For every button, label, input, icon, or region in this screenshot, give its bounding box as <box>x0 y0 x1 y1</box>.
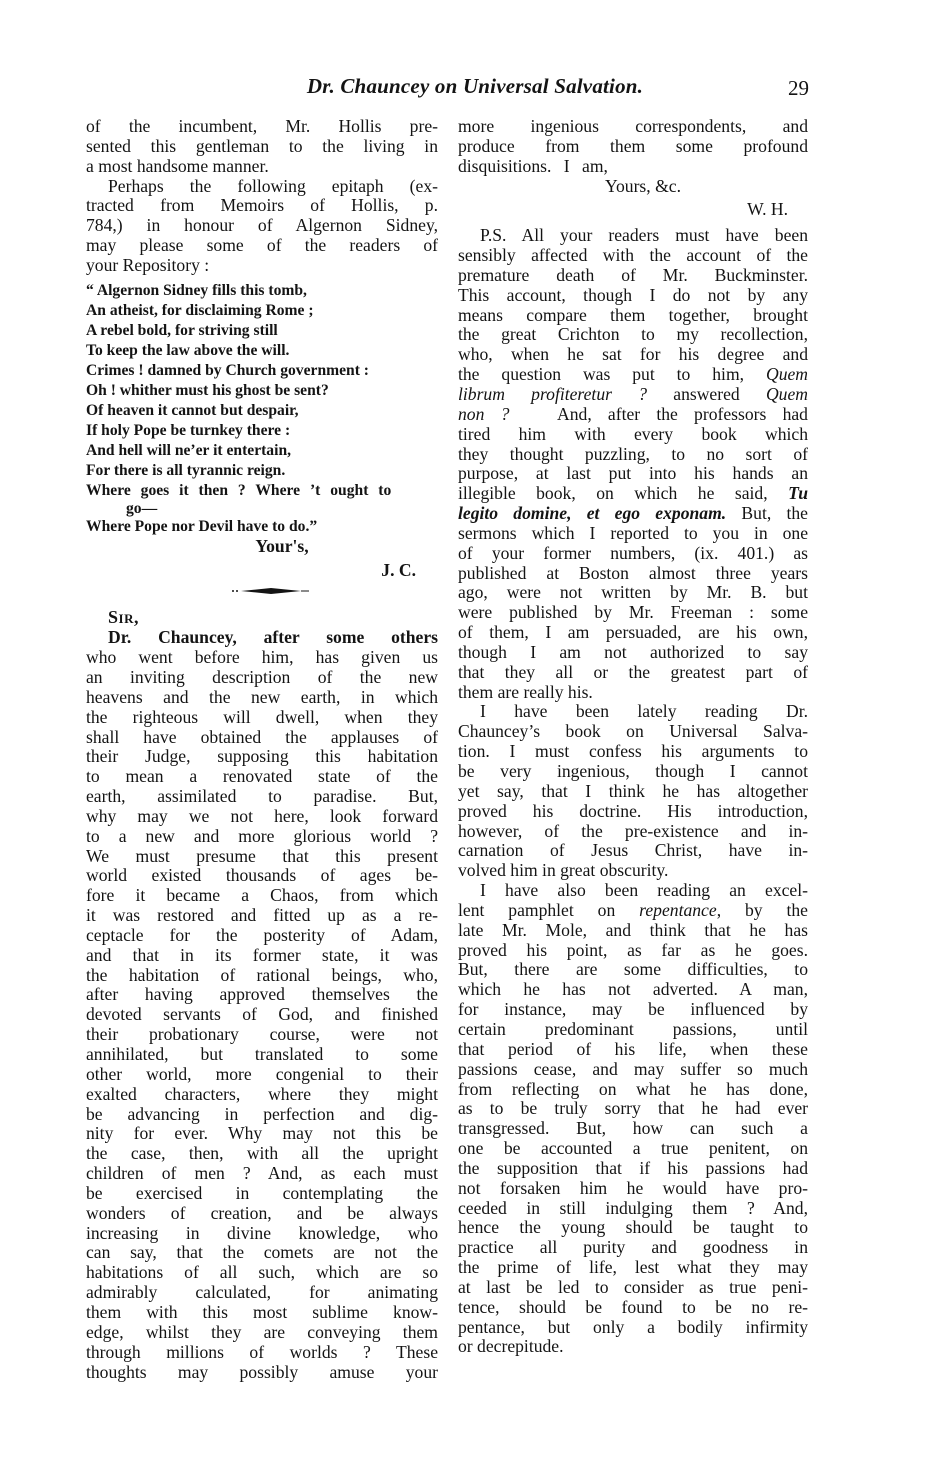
text-line: volved him in great obscurity. <box>458 861 808 881</box>
text-line: their probationary course, were not <box>86 1025 438 1045</box>
text-line: late Mr. Mole, and think that he has <box>458 921 808 941</box>
verse-line: A rebel bold, for striving still <box>86 321 438 341</box>
text-line: who, when he sat for his degree and <box>458 345 808 365</box>
text-line: tion. I must confess his arguments to <box>458 742 808 762</box>
text-line: fore it became a Chaos, from which <box>86 886 438 906</box>
text-line: pentance, but only a bodily infirmity <box>458 1318 808 1338</box>
text-line: world existed thousands of ages be- <box>86 866 438 886</box>
text-line: exalted characters, where they might <box>86 1085 438 1105</box>
closing-yours: Your's, <box>86 537 438 557</box>
text-line: that they all or the greatest part of <box>458 663 808 683</box>
text-line: tracted from Memoirs of Hollis, p. <box>86 196 438 216</box>
text-line: sermons which I reported to you in one <box>458 524 808 544</box>
text-line: means compare them together, brought <box>458 306 808 326</box>
text-line: which he has not adverted. A man, <box>458 980 808 1000</box>
latin-phrase: Quem <box>766 384 808 404</box>
text-line: This account, though I do not by any <box>458 286 808 306</box>
text-line: sented this gentleman to the living in <box>86 137 438 157</box>
text-line: ceptacle for the posterity of Adam, <box>86 926 438 946</box>
verse-line: Where Pope nor Devil have to do.” <box>86 517 438 537</box>
text-line: Dr. Chauncey, after some others <box>86 628 438 648</box>
latin-phrase: Quem <box>766 364 808 384</box>
verse-line: Of heaven it cannot but despair, <box>86 401 438 421</box>
text-line: I have been lately reading Dr. <box>458 702 808 722</box>
text-line: practice all purity and goodness in <box>458 1238 808 1258</box>
text-line: be exercised in contemplating the <box>86 1184 438 1204</box>
text-run: But, the <box>741 503 808 523</box>
text-line: hence the young should be taught to <box>458 1218 808 1238</box>
text-line: though I am not authorized to say <box>458 643 808 663</box>
text-line: your Repository : <box>86 256 438 276</box>
text-line: certain predominant passions, until <box>458 1020 808 1040</box>
text-line: their Judge, supposing this habitation <box>86 747 438 767</box>
text-line: P.S. All your readers must have been <box>458 226 808 246</box>
text-line: wonders of creation, and be always <box>86 1204 438 1224</box>
left-column: of the incumbent, Mr. Hollis pre- sented… <box>86 117 438 1382</box>
text-line: produce from them some profound <box>458 137 808 157</box>
text-run: answered <box>673 384 739 404</box>
text-line: But, there are some difficulties, to <box>458 960 808 980</box>
text-line: an inviting description of the new <box>86 668 438 688</box>
text-line: after having approved themselves the <box>86 985 438 1005</box>
verse-line: An atheist, for disclaiming Rome ; <box>86 301 438 321</box>
text-line: as to be truly sorry that he had ever <box>458 1099 808 1119</box>
verse-line: And hell will ne’er it entertain, <box>86 441 438 461</box>
text-line: who went before him, has given us <box>86 648 438 668</box>
text-line: other world, more congenial to their <box>86 1065 438 1085</box>
text-line: the great Crichton to my recollection, <box>458 325 808 345</box>
text-line: premature death of Mr. Buckminster. <box>458 266 808 286</box>
text-line: of the incumbent, Mr. Hollis pre- <box>86 117 438 137</box>
text-line: nity for ever. Why may not this be <box>86 1124 438 1144</box>
text-line: legito domine, et ego exponam. But, the <box>458 504 808 524</box>
text-line: why may we not here, look forward <box>86 807 438 827</box>
text-line: not forsaken him he would have pro- <box>458 1179 808 1199</box>
text-line: We must presume that this present <box>86 847 438 867</box>
text-run: the question was put to him, <box>458 364 744 384</box>
text-line: admirably calculated, for animating <box>86 1283 438 1303</box>
paragraph-chauncey-letter: Dr. Chauncey, after some others who went… <box>86 628 438 1382</box>
text-line: or decrepitude. <box>458 1337 808 1357</box>
verse-line: go— <box>86 501 438 517</box>
text-line: more ingenious correspondents, and <box>458 117 808 137</box>
running-header: Dr. Chauncey on Universal Salvation. 29 <box>0 74 941 104</box>
text-line: ceeded in still indulging them ? And, <box>458 1199 808 1219</box>
text-line: to mean a renovated state of the <box>86 767 438 787</box>
text-line: tence, should be found to be no re- <box>458 1298 808 1318</box>
text-line: Perhaps the following epitaph (ex- <box>86 177 438 197</box>
latin-phrase: legito domine, et ego exponam. <box>458 503 726 523</box>
text-line: that period of his life, when these <box>458 1040 808 1060</box>
text-line: from reflecting on what he has done, <box>458 1080 808 1100</box>
text-line: increasing in divine knowledge, who <box>86 1224 438 1244</box>
text-line: it was restored and fitted up as a re- <box>86 906 438 926</box>
italic-word: repentance <box>639 900 717 920</box>
text-line: ago, were not written by Mr. B. but <box>458 583 808 603</box>
text-line: Chauncey’s book on Universal Salva- <box>458 722 808 742</box>
text-line: them are really his. <box>458 683 808 703</box>
text-line: the prime of life, lest what they may <box>458 1258 808 1278</box>
text-line: I have also been reading an excel- <box>458 881 808 901</box>
text-line: illegible book, on which he said, Tu <box>458 484 808 504</box>
text-line: edge, whilst they are conveying them <box>86 1323 438 1343</box>
text-line: the righteous will dwell, when they <box>86 708 438 728</box>
text-line: heavens and the new earth, in which <box>86 688 438 708</box>
paragraph-chauncey-book: I have been lately reading Dr. Chauncey’… <box>458 702 808 881</box>
text-line: through millions of worlds ? These <box>86 1343 438 1363</box>
text-line: sensibly affected with the account of th… <box>458 246 808 266</box>
text-line: them with this most sublime know- <box>86 1303 438 1323</box>
text-line: published at Boston almost three years <box>458 564 808 584</box>
verse-line: “ Algernon Sidney fills this tomb, <box>86 281 438 301</box>
text-line: the habitation of rational beings, who, <box>86 966 438 986</box>
text-line: at last be led to consider as true peni- <box>458 1278 808 1298</box>
verse-line: Oh ! whither must his ghost be sent? <box>86 381 438 401</box>
verse-line: If holy Pope be turnkey there : <box>86 421 438 441</box>
text-line: they thought puzzling, to no sort of <box>458 445 808 465</box>
text-run: And, after the professors had <box>557 404 808 424</box>
text-line: annihilated, but translated to some <box>86 1045 438 1065</box>
text-run: illegible book, on which he said, <box>458 483 768 503</box>
text-line: and that in its former state, it was <box>86 946 438 966</box>
verse-line: Where goes it then ? Where ’t ought to <box>86 481 438 501</box>
text-run: , by the <box>717 900 808 920</box>
signature-jc: J. C. <box>86 561 438 581</box>
text-line: passions cease, and may suffer so much <box>458 1060 808 1080</box>
text-run: lent pamphlet on <box>458 900 615 920</box>
text-line: may please some of the readers of <box>86 236 438 256</box>
paragraph-repentance: I have also been reading an excel- lent … <box>458 881 808 1357</box>
text-line: be very ingenious, though I cannot <box>458 762 808 782</box>
text-line: a most handsome manner. <box>86 157 438 177</box>
latin-phrase: non ? <box>458 404 509 424</box>
text-line: the question was put to him, Quem <box>458 365 808 385</box>
ornament-divider <box>86 580 438 602</box>
text-line: were published by Mr. Freeman : some <box>458 603 808 623</box>
text-line: non ? And, after the professors had <box>458 405 808 425</box>
page-number: 29 <box>788 76 809 101</box>
paragraph-hollis: of the incumbent, Mr. Hollis pre- sented… <box>86 117 438 177</box>
epitaph-verse: “ Algernon Sidney fills this tomb, An at… <box>86 281 438 537</box>
text-line: proved his doctrine. His introduction, <box>458 802 808 822</box>
latin-phrase: librum profiteretur ? <box>458 384 647 404</box>
salutation: Sir, <box>86 608 438 628</box>
text-line: tired him with every book which <box>458 425 808 445</box>
verse-line: Crimes ! damned by Church government : <box>86 361 438 381</box>
verse-line: To keep the law above the will. <box>86 341 438 361</box>
text-line: the supposition that if his passions had <box>458 1159 808 1179</box>
text-line: librum profiteretur ? answered Quem <box>458 385 808 405</box>
ornament-icon <box>231 586 311 596</box>
latin-phrase: Tu <box>788 483 808 503</box>
text-line: proved his point, as far as he goes. <box>458 941 808 961</box>
paragraph-postscript: P.S. All your readers must have been sen… <box>458 226 808 702</box>
text-line: carnation of Jesus Christ, have in- <box>458 841 808 861</box>
text-line: transgressed. But, how can such a <box>458 1119 808 1139</box>
paragraph-continuation: more ingenious correspondents, and produ… <box>458 117 808 177</box>
text-line: yet say, that I think he has altogether <box>458 782 808 802</box>
closing-yours-etc: Yours, &c. <box>458 177 808 197</box>
text-line: for instance, may be influenced by <box>458 1000 808 1020</box>
text-line: purpose, at last put into his hands an <box>458 464 808 484</box>
text-line: children of men ? And, as each must <box>86 1164 438 1184</box>
text-line: disquisitions. I am, <box>458 157 808 177</box>
text-line: shall have obtained the applauses of <box>86 728 438 748</box>
text-line: to a new and more glorious world ? <box>86 827 438 847</box>
text-line: of them, I am persuaded, are his own, <box>458 623 808 643</box>
verse-line: For there is all tyrannic reign. <box>86 461 438 481</box>
text-line: habitations of all such, which are so <box>86 1263 438 1283</box>
text-line: the case, then, with all the upright <box>86 1144 438 1164</box>
text-line: be advancing in perfection and dig- <box>86 1105 438 1125</box>
text-line: however, of the pre-existence and in- <box>458 822 808 842</box>
text-line: one be accounted a true penitent, on <box>458 1139 808 1159</box>
paragraph-epitaph-intro: Perhaps the following epitaph (ex- tract… <box>86 177 438 276</box>
text-line: earth, assimilated to paradise. But, <box>86 787 438 807</box>
running-title: Dr. Chauncey on Universal Salvation. <box>240 74 710 99</box>
text-line: of your former numbers, (ix. 401.) as <box>458 544 808 564</box>
text-line: devoted servants of God, and finished <box>86 1005 438 1025</box>
text-line: lent pamphlet on repentance, by the <box>458 901 808 921</box>
right-column: more ingenious correspondents, and produ… <box>458 117 808 1357</box>
text-line: can say, that the comets are not the <box>86 1243 438 1263</box>
text-line: 784,) in honour of Algernon Sidney, <box>86 216 438 236</box>
signature-wh: W. H. <box>458 200 808 220</box>
text-line: thoughts may possibly amuse your <box>86 1363 438 1383</box>
